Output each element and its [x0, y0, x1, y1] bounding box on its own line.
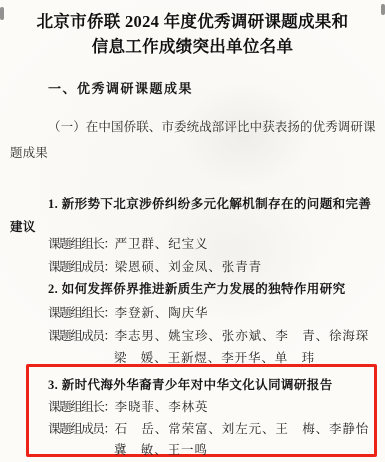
leader-label: 课题组组长：	[48, 305, 115, 321]
topic-3-leader-row: 课题组组长： 李晓菲、李林英	[48, 399, 208, 415]
topic-1-title-line1: 1. 新形势下北京涉侨纠纷多元化解机制存在的问题和完善	[48, 196, 371, 212]
subsection-line1: （一）在中国侨联、市委统战部评比中获表扬的优秀调研课	[48, 119, 376, 135]
topic-3-members-row: 课题组成员： 石 岳、常荣富、刘左元、王 梅、李静怡	[48, 421, 369, 437]
member-names: 石 岳、常荣富、刘左元、王 梅、李静怡	[115, 421, 370, 437]
topic-1-members-row: 课题组成员： 梁恩硕、刘金凤、张青青	[48, 259, 262, 275]
leader-label: 课题组组长：	[48, 236, 115, 252]
members-label: 课题组成员：	[48, 421, 115, 437]
leader-names: 李登新、陶庆华	[115, 305, 209, 321]
topic-2-title-line1: 2. 如何发挥侨界推进新质生产力发展的独特作用研究	[48, 281, 346, 297]
members-label: 课题组成员：	[48, 328, 115, 344]
topic-2-leader-row: 课题组组长： 李登新、陶庆华	[48, 305, 208, 321]
topic-3-title-line1: 3. 新时代海外华裔青少年对中华文化认同调研报告	[48, 377, 333, 393]
members-label: 课题组成员：	[48, 259, 115, 275]
topic-1-leader-row: 课题组组长： 严卫群、纪宝义	[48, 236, 208, 252]
topic-2-members-row: 课题组成员： 李志男、姚宝珍、张亦斌、李 青、徐海琛	[48, 328, 369, 344]
topic-1-title-line2: 建议	[10, 219, 36, 235]
leader-label: 课题组组长：	[48, 399, 115, 415]
member-names: 梁恩硕、刘金凤、张青青	[115, 259, 262, 275]
doc-title-line1: 北京市侨联 2024 年度优秀调研课题成果和	[0, 11, 385, 33]
leader-names: 严卫群、纪宝义	[115, 236, 209, 252]
section-heading: 一、优秀调研课题成果	[48, 81, 193, 97]
document-page: 北京市侨联 2024 年度优秀调研课题成果和 信息工作成绩突出单位名单 一、优秀…	[0, 0, 385, 462]
topic-3-members-line2: 冀 敏、王一鸣	[114, 442, 208, 458]
member-names: 李志男、姚宝珍、张亦斌、李 青、徐海琛	[115, 328, 370, 344]
leader-names: 李晓菲、李林英	[115, 399, 209, 415]
subsection-line2: 题成果	[10, 145, 48, 161]
doc-title-line2: 信息工作成绩突出单位名单	[0, 36, 385, 58]
